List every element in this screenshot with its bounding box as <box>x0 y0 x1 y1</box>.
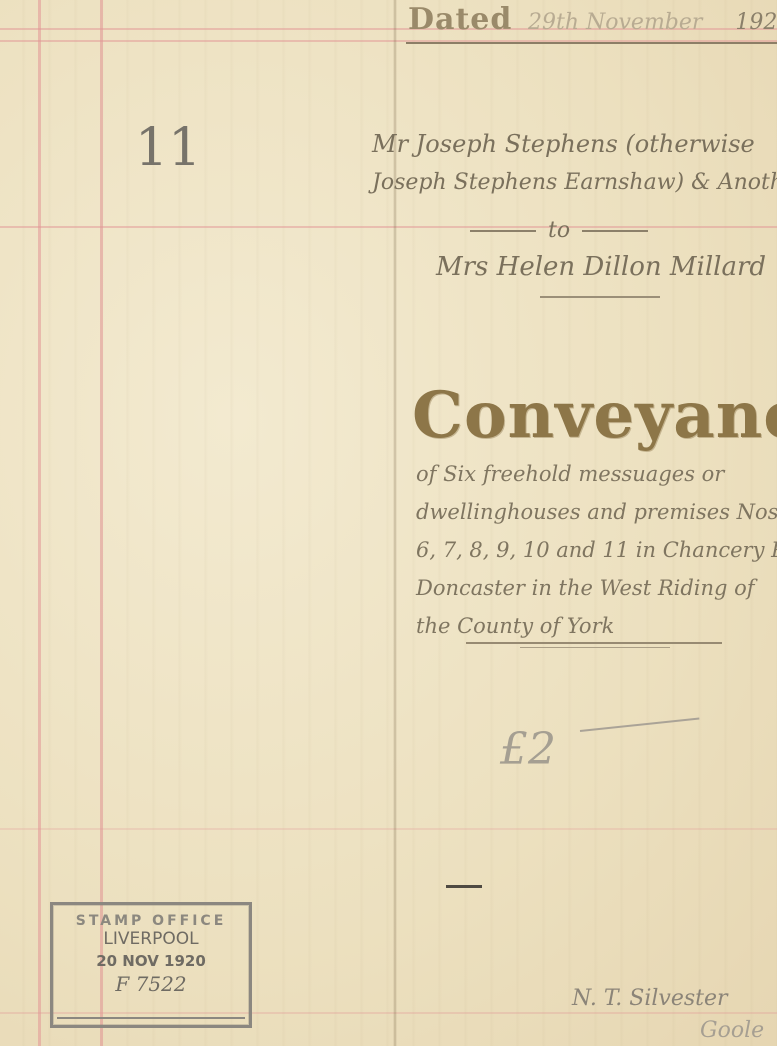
conjunction-row: to <box>470 218 648 243</box>
stamp-office-seal: STAMP OFFICE LIVERPOOL 20 NOV 1920 F 752… <box>50 902 252 1028</box>
description-line: dwellinghouses and premises Nos <box>416 500 777 524</box>
grantor-line-1: Mr Joseph Stephens (otherwise <box>372 130 755 158</box>
stamp-reference: F 7522 <box>57 972 245 996</box>
description-underline <box>466 642 722 644</box>
pencil-fee: £2 <box>500 724 556 775</box>
description-line: of Six freehold messuages or <box>416 462 724 486</box>
description-line: the County of York <box>416 614 614 638</box>
description-underline <box>520 647 670 648</box>
deed-title: Conveyance <box>412 378 777 453</box>
dated-year: 1920 <box>735 10 777 35</box>
pencil-mark: 11 <box>135 118 201 178</box>
margin-rule-line <box>100 0 103 1046</box>
dated-day-month: 29th November <box>528 10 702 35</box>
rule-line <box>0 226 777 228</box>
grantor-line-2: Joseph Stephens Earnshaw) & Another <box>372 170 777 195</box>
stamp-date: 20 NOV 1920 <box>57 952 245 970</box>
rule-line <box>0 828 777 830</box>
dated-underline <box>406 42 777 44</box>
solicitor-signature: N. T. Silvester <box>572 986 728 1011</box>
grantee-underline <box>540 296 660 298</box>
grantee-name: Mrs Helen Dillon Millard <box>436 252 766 282</box>
conjunction-text: to <box>548 218 570 243</box>
description-line: 6, 7, 8, 9, 10 and 11 in Chancery Pla <box>416 538 777 562</box>
stamp-office-label: STAMP OFFICE <box>57 913 245 929</box>
dated-label: Dated <box>408 2 512 37</box>
pencil-fee-stroke <box>580 717 700 732</box>
stamp-city: LIVERPOOL <box>57 929 245 949</box>
margin-rule-line <box>38 0 41 1046</box>
ink-dash <box>446 885 482 888</box>
description-line: Doncaster in the West Riding of <box>416 576 755 600</box>
conjunction-rule <box>582 230 648 232</box>
dated-value: 29th November 1920 <box>528 10 777 35</box>
conjunction-rule <box>470 230 536 232</box>
stamp-bottom-rule <box>57 1017 245 1019</box>
solicitor-place: Goole <box>700 1018 764 1043</box>
